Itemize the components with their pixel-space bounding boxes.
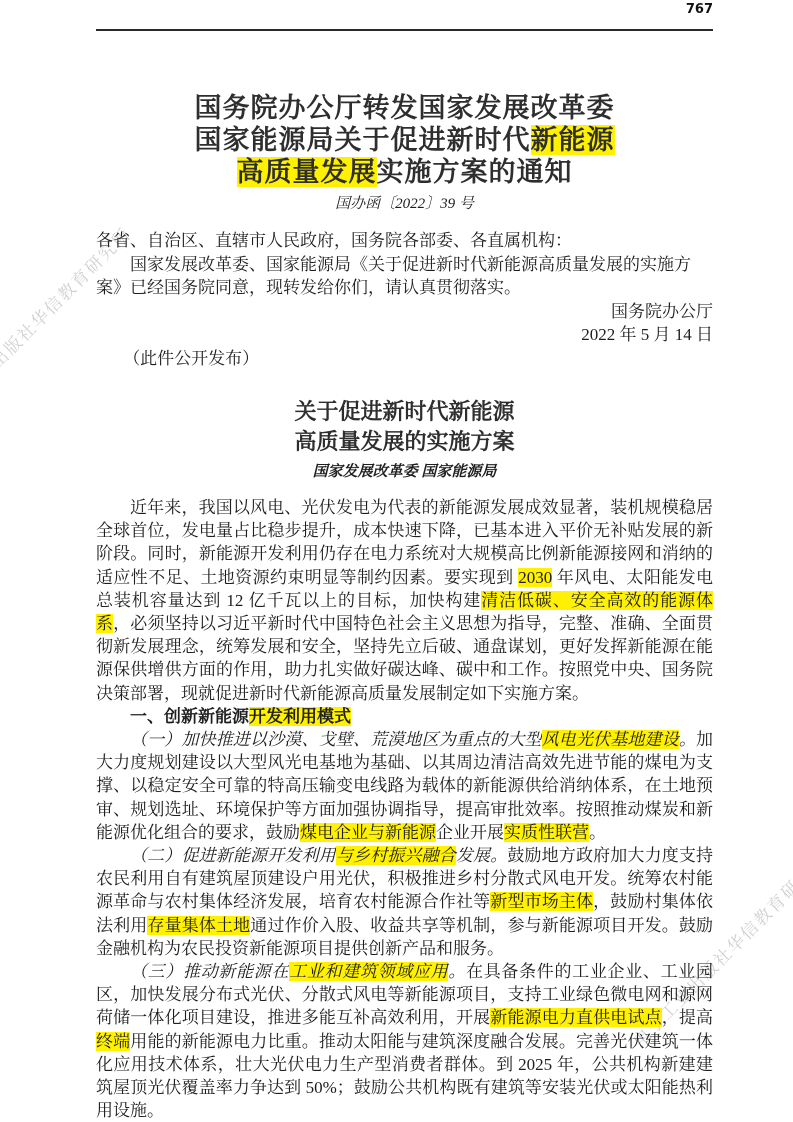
plan-body: 近年来，我国以风电、光伏发电为代表的新能源发展成效显著，装机规模稳居全球首位，发…: [96, 496, 713, 1122]
item-paragraph-3: （三）推动新能源在工业和建筑领域应用。在具备条件的工业企业、工业园区，加快发展分…: [96, 960, 713, 1122]
text-segment: （二）促进新能源开发利用: [130, 846, 336, 865]
highlighted-text: 新型市场主体: [490, 892, 593, 911]
highlighted-text: 煤电企业与新能源: [300, 823, 436, 842]
release-note: （此件公开发布）: [96, 347, 713, 371]
intro-paragraph: 近年来，我国以风电、光伏发电为代表的新能源发展成效显著，装机规模稳居全球首位，发…: [96, 496, 713, 705]
plan-title: 关于促进新时代新能源 高质量发展的实施方案: [96, 397, 713, 457]
page-number: 767: [686, 2, 713, 17]
highlighted-text: 终端: [96, 1032, 130, 1051]
text-segment: （三）推动新能源在: [130, 962, 289, 981]
highlighted-text: 与乡村振兴融合: [336, 846, 456, 865]
signer: 国务院办公厅: [96, 300, 713, 324]
highlighted-text: 新能源: [531, 125, 615, 155]
text-segment: 一、创新新能源: [130, 707, 249, 726]
text-segment: 国务院办公厅转发国家发展改革委: [195, 93, 615, 123]
text-segment: 实施方案的通知: [377, 157, 573, 187]
item-paragraph-2: （二）促进新能源开发利用与乡村振兴融合发展。鼓励地方政府加大力度支持农民利用自有…: [96, 844, 713, 960]
highlighted-text: 新能源电力直供电试点: [490, 1008, 661, 1027]
notice-title-line: 高质量发展实施方案的通知: [96, 156, 713, 188]
highlighted-text: 实质性联营: [504, 823, 589, 842]
text-segment: 国家能源局关于促进新时代: [195, 125, 531, 155]
document-page: 电子工业出版社华信教育研究所 电子工业出版社华信教育研究所 767 国务院办公厅…: [0, 0, 793, 1122]
header-rule: [96, 29, 713, 31]
plan-title-line: 关于促进新时代新能源: [96, 397, 713, 427]
highlighted-text: 开发利用模式: [249, 707, 351, 726]
highlighted-text: 工业和建筑领域应用: [289, 962, 448, 981]
highlighted-text: 存量集体土地: [147, 916, 250, 935]
text-segment: ，必须坚持以习近平新时代中国特色社会主义思想为指导，完整、准确、全面贯彻新发展理…: [96, 614, 713, 703]
text-segment: 。: [679, 730, 696, 749]
highlighted-text: 风电光伏基地建设: [542, 730, 679, 749]
text-segment: 。: [448, 962, 466, 981]
item-paragraph-1: （一）加快推进以沙漠、戈壁、荒漠地区为重点的大型风电光伏基地建设。加大力度规划建…: [96, 728, 713, 844]
text-segment: （一）加快推进以沙漠、戈壁、荒漠地区为重点的大型: [130, 730, 542, 749]
text-segment: 。: [589, 823, 606, 842]
section-1-heading: 一、创新新能源开发利用模式: [96, 705, 713, 728]
text-segment: 发展。: [456, 846, 507, 865]
notice-body: 各省、自治区、直辖市人民政府，国务院各部委、各直属机构： 国家发展改革委、国家能…: [96, 229, 713, 370]
notice-paragraph: 国家发展改革委、国家能源局《关于促进新时代新能源高质量发展的实施方案》已经国务院…: [96, 253, 713, 300]
notice-title: 国务院办公厅转发国家发展改革委 国家能源局关于促进新时代新能源 高质量发展实施方…: [96, 92, 713, 188]
document-number: 国办函〔2022〕39 号: [96, 192, 713, 213]
salutation: 各省、自治区、直辖市人民政府，国务院各部委、各直属机构：: [96, 229, 713, 253]
text-segment: 企业开展: [436, 823, 504, 842]
notice-title-line: 国务院办公厅转发国家发展改革委: [96, 92, 713, 124]
notice-title-line: 国家能源局关于促进新时代新能源: [96, 124, 713, 156]
highlighted-text: 2030: [518, 568, 552, 587]
plan-authors: 国家发展改革委 国家能源局: [96, 460, 713, 481]
text-segment: 用能的新能源电力比重。推动太阳能与建筑深度融合发展。完善光伏建筑一体化应用技术体…: [96, 1032, 713, 1121]
highlighted-text: 高质量发展: [237, 157, 377, 187]
sign-date: 2022 年 5 月 14 日: [96, 323, 713, 347]
text-segment: ，提高: [662, 1008, 713, 1027]
plan-title-line: 高质量发展的实施方案: [96, 427, 713, 457]
